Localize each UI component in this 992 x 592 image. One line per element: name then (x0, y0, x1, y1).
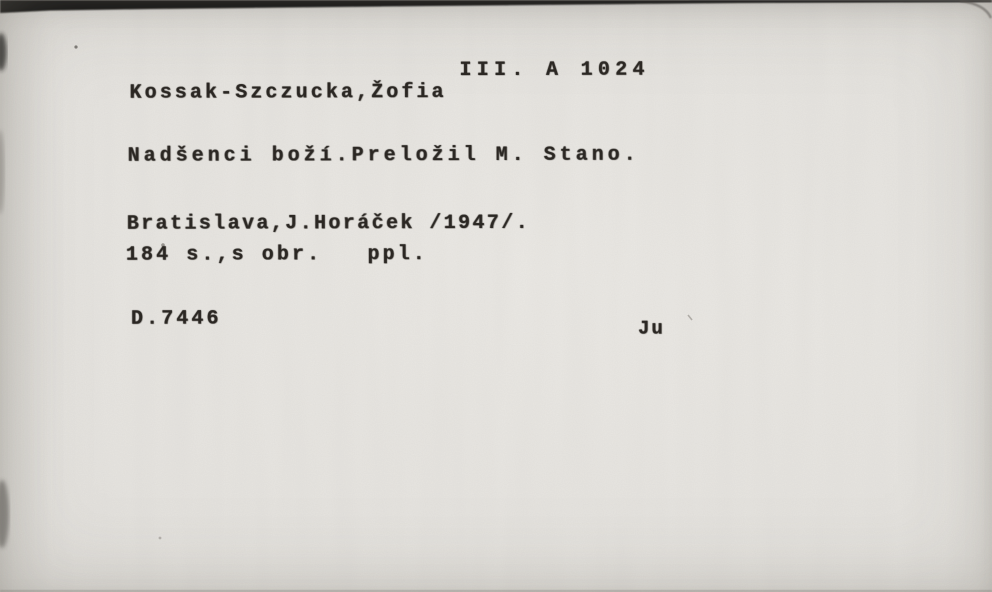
call-number: III. A 1024 (460, 60, 650, 82)
accession-number: D.7446 (131, 309, 222, 331)
collation-line: 184 s.,s obr. ppl. (126, 244, 428, 267)
scanned-catalog-card: III. A 1024 Kossak-Szczucka,Žofia Nadšen… (0, 0, 992, 592)
typewritten-text-block: III. A 1024 Kossak-Szczucka,Žofia Nadšen… (0, 0, 992, 592)
title-statement: Nadšenci boží.Preložil M. Stano. (128, 145, 640, 168)
imprint-line: Bratislava,J.Horáček /1947/. (127, 213, 530, 236)
author-heading: Kossak-Szczucka,Žofia (130, 82, 447, 105)
cataloguer-initials: Ju (638, 318, 665, 340)
